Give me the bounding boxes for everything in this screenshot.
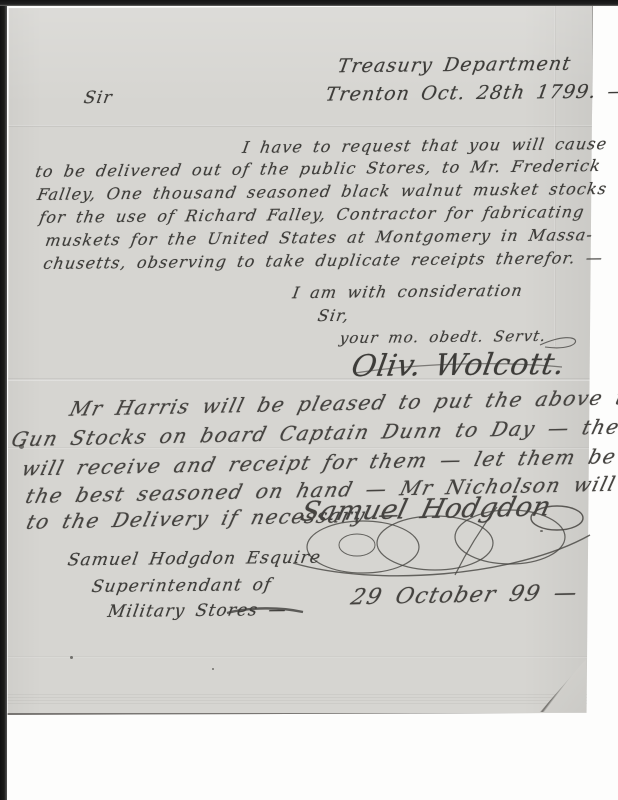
addressee-line-1: Samuel Hodgdon Esquire — [66, 548, 323, 571]
body-line-1: I have to request that you will cause — [241, 134, 609, 157]
fold-crease — [7, 656, 593, 658]
closing-line-3: your mo. obedt. Servt. — [338, 327, 547, 347]
addressee-line-2: Superintendant of — [90, 575, 273, 597]
scanner-edge-top — [0, 0, 618, 6]
scanner-edge-left — [0, 0, 7, 800]
addressee-line-3: Military Stores — — [106, 600, 288, 622]
folded-corner — [540, 658, 586, 712]
scanned-letter: Treasury Department Trenton Oct. 28th 17… — [0, 0, 618, 800]
wolcott-signature: Oliv. Wolcott. — [349, 347, 567, 384]
postscript-date: 29 October 99 — — [348, 581, 580, 611]
fold-crease — [7, 125, 593, 127]
closing-line-1: I am with consideration — [291, 281, 524, 302]
hodgdon-signature: Samuel Hodgdon — [298, 491, 555, 527]
closing-line-2: Sir, — [316, 306, 351, 325]
header-place-date: Trenton Oct. 28th 1799. — — [324, 80, 618, 105]
paper-striations — [7, 694, 593, 704]
salutation: Sir — [82, 88, 114, 108]
header-department: Treasury Department — [336, 53, 573, 77]
